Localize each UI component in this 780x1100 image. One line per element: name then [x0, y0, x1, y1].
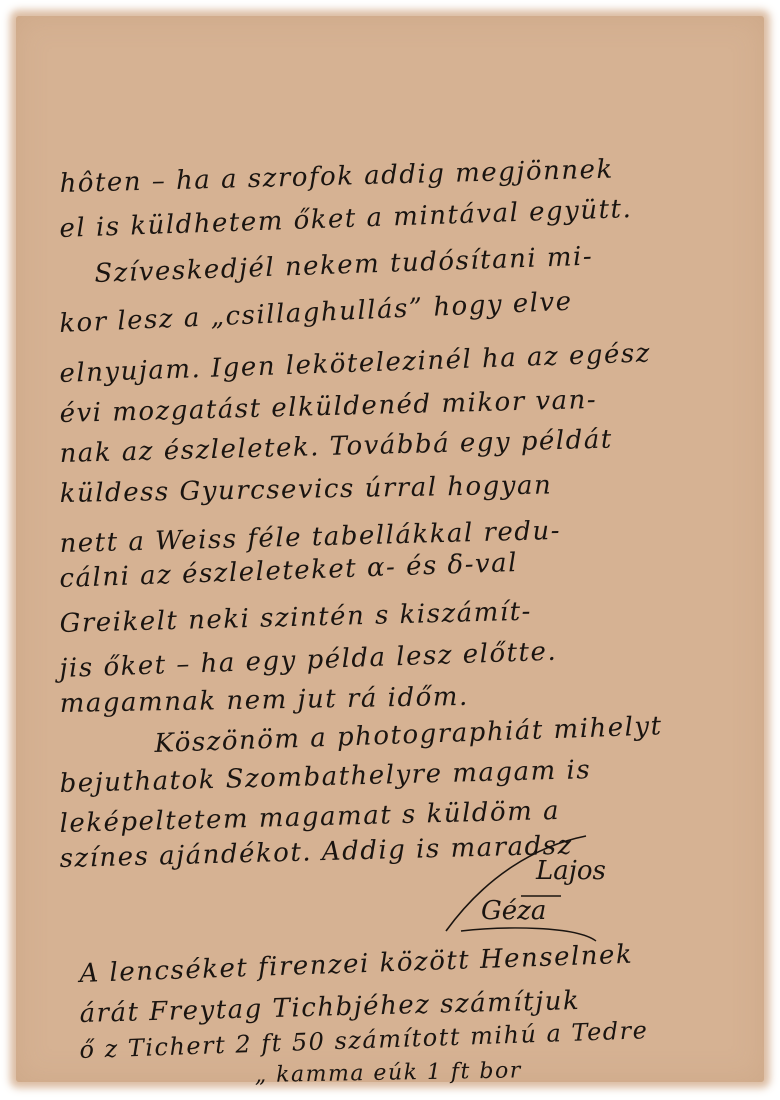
signature-second: Géza — [481, 896, 546, 926]
signature-flourish — [16, 16, 764, 1082]
letter-page: hôten – ha a szrofok addig megjönnekel i… — [16, 16, 764, 1082]
signature-first: Lajos — [536, 856, 606, 886]
